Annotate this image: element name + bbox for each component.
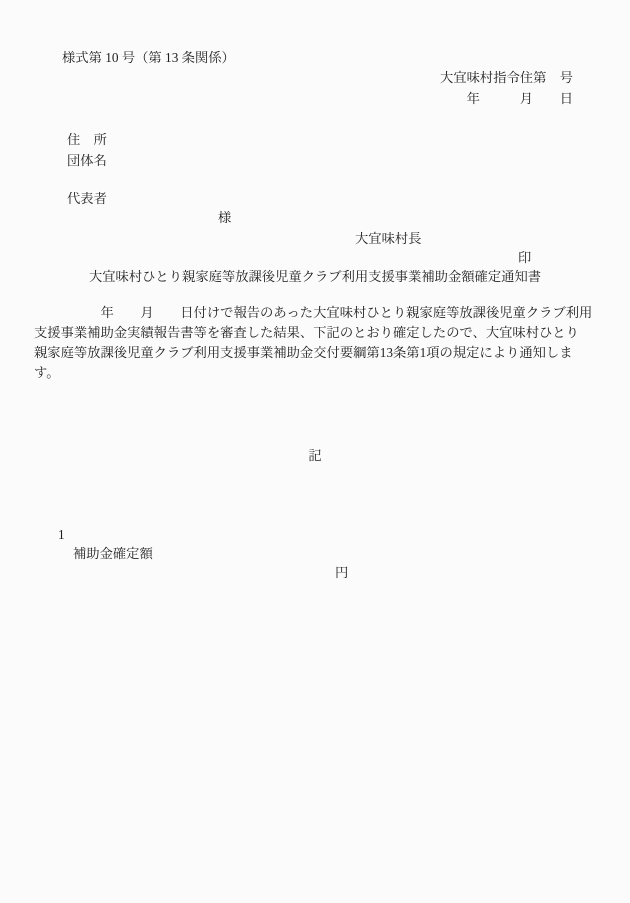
item1-line: 1 補助金確定額 円 xyxy=(0,506,630,601)
body-line-2: 支援事業補助金実績報告書等を審査した結果、下記のとおり確定したので、大宜味村ひと… xyxy=(34,323,594,343)
body-line-3: 親家庭等放課後児童クラブ利用支援事業補助金交付要綱第13条第1項の規定により通知… xyxy=(34,343,594,363)
body-line-1: 年 月 日付けで報告のあった大宜味村ひとり親家庭等放課後児童クラブ利用 xyxy=(34,303,594,323)
body-line-4: す。 xyxy=(34,363,594,383)
issuer-name: 大宜味村長 xyxy=(355,229,421,248)
item1-number: 1 xyxy=(58,525,65,544)
item1-unit: 円 xyxy=(335,563,348,582)
recipient-representative-label: 代表者 xyxy=(67,189,107,208)
recipient-organization-label: 団体名 xyxy=(67,151,107,170)
date-line: 年 月 日 xyxy=(0,89,630,108)
document-title: 大宜味村ひとり親家庭等放課後児童クラブ利用支援事業補助金額確定通知書 xyxy=(0,267,630,286)
directive-number-line: 大宜味村指令住第 号 xyxy=(0,68,630,87)
record-marker: 記 xyxy=(0,446,630,465)
body-paragraph: 年 月 日付けで報告のあった大宜味村ひとり親家庭等放課後児童クラブ利用 支援事業… xyxy=(34,303,594,383)
form-number: 様式第 10 号（第 13 条関係） xyxy=(62,48,235,67)
recipient-address-label: 住 所 xyxy=(67,130,107,149)
item1-label: 補助金確定額 xyxy=(73,544,153,563)
issuer-seal: 印 xyxy=(518,248,531,267)
document-page: 様式第 10 号（第 13 条関係） 大宜味村指令住第 号 年 月 日 住 所 … xyxy=(0,0,630,903)
